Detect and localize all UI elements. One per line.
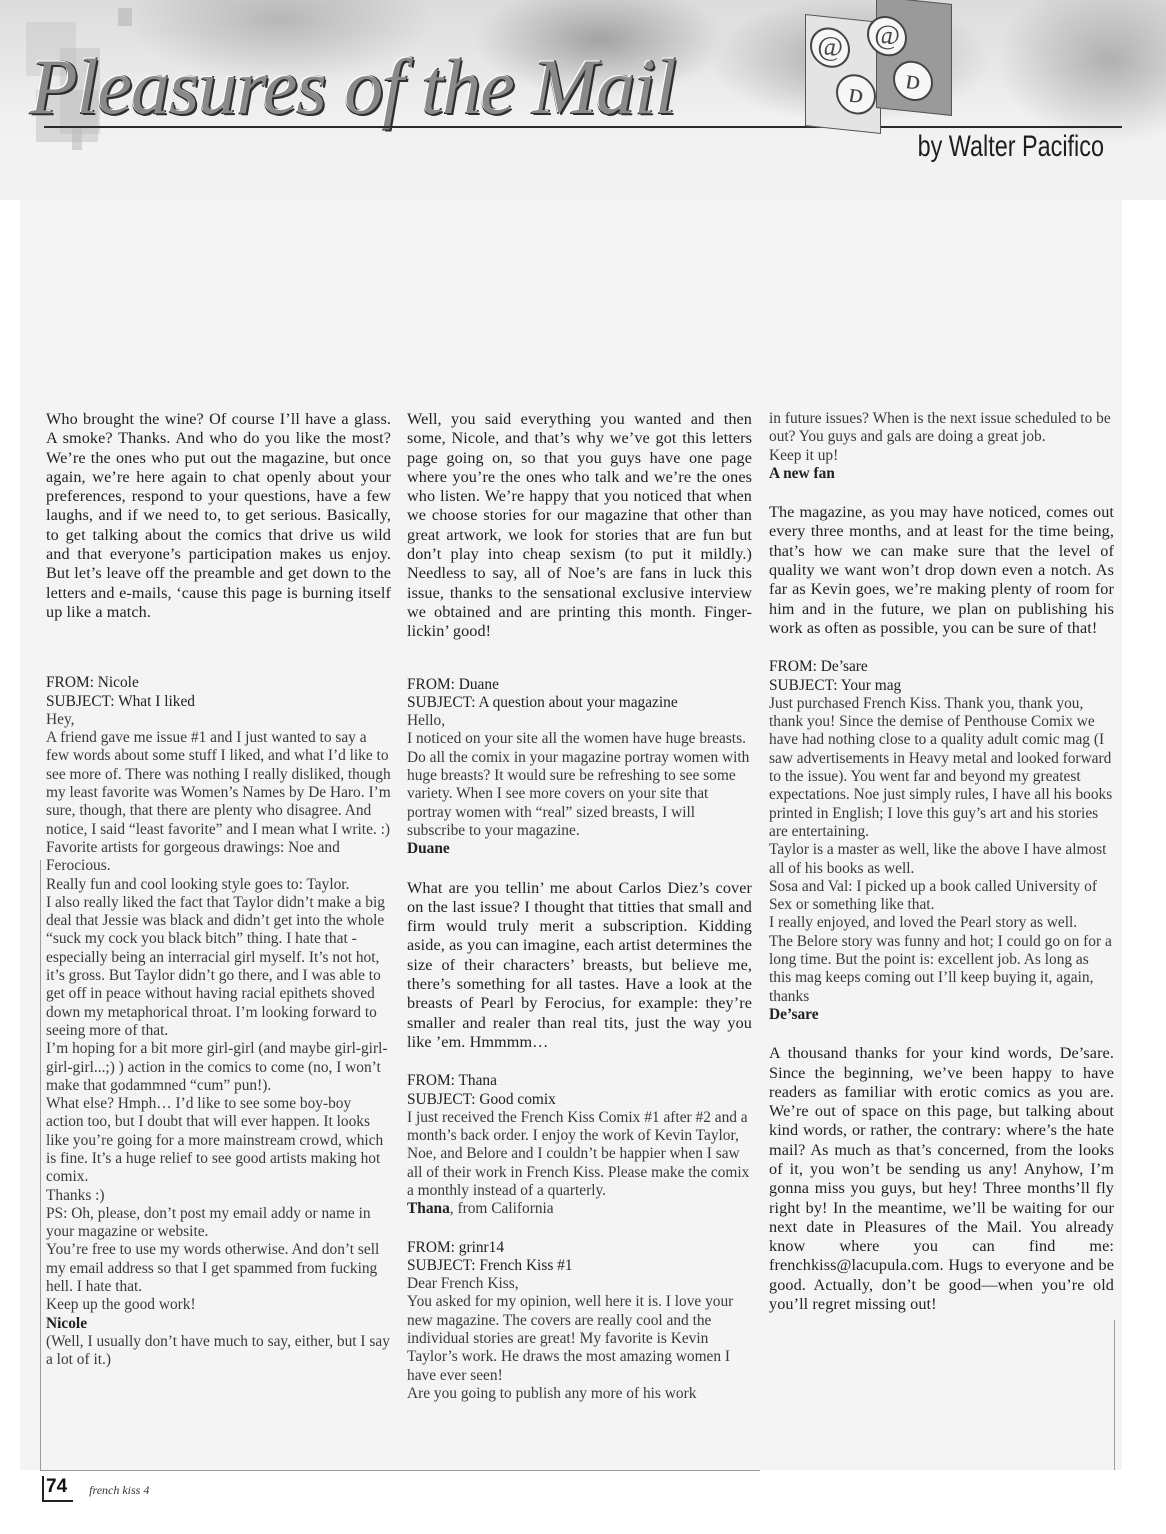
letter-from: FROM: De’sare xyxy=(769,658,1114,676)
letter-paragraph: I’m hoping for a bit more girl-girl (and… xyxy=(46,1040,391,1095)
letter-from: FROM: Duane xyxy=(407,676,752,694)
at-sign-panel-dark: @ ᴅ xyxy=(876,0,952,116)
letter-greeting: Dear French Kiss, xyxy=(407,1275,752,1293)
letter-postscript: (Well, I usually don’t have much to say,… xyxy=(46,1333,391,1370)
editorial-reply: What are you tellin’ me about Carlos Die… xyxy=(407,879,752,1053)
letter-greeting: Hey, xyxy=(46,711,391,729)
letter-paragraph: The Belore story was funny and hot; I co… xyxy=(769,933,1114,1006)
page-header: Pleasures of the Mail @ ᴅ @ ᴅ by Walter … xyxy=(0,0,1166,200)
letter-signature: A new fan xyxy=(769,465,1114,483)
editorial-closing: A thousand thanks for your kind words, D… xyxy=(769,1044,1114,1314)
letter-subject: SUBJECT: Your mag xyxy=(769,677,1114,695)
letter-signature: Nicole xyxy=(46,1315,391,1333)
column-border xyxy=(40,1470,760,1471)
letter-paragraph: You’re free to use my words otherwise. A… xyxy=(46,1241,391,1296)
letter-paragraph: I noticed on your site all the women hav… xyxy=(407,730,752,840)
column-1: Who brought the wine? Of course I’ll hav… xyxy=(46,410,391,1370)
letter-paragraph: I also really liked the fact that Taylor… xyxy=(46,894,391,1040)
letter-duane: FROM: Duane SUBJECT: A question about yo… xyxy=(407,676,752,859)
editorial-intro: Who brought the wine? Of course I’ll hav… xyxy=(46,410,391,622)
letter-paragraph: Keep up the good work! xyxy=(46,1296,391,1314)
letter-paragraph: I just received the French Kiss Comix #1… xyxy=(407,1109,752,1200)
page-number: 74 xyxy=(42,1476,73,1502)
column-border xyxy=(1114,1320,1115,1470)
letter-grinr14-continued: in future issues? When is the next issue… xyxy=(769,410,1114,483)
column-2: Well, you said everything you wanted and… xyxy=(407,410,752,1403)
letter-signature-location: , from California xyxy=(450,1200,554,1217)
letter-paragraph: You asked for my opinion, well here it i… xyxy=(407,1293,752,1384)
editorial-reply: The magazine, as you may have noticed, c… xyxy=(769,503,1114,638)
letter-paragraph: Thanks :) xyxy=(46,1187,391,1205)
letter-subject: SUBJECT: A question about your magazine xyxy=(407,694,752,712)
magazine-name: french kiss 4 xyxy=(89,1483,149,1502)
letter-paragraph: Favorite artists for gorgeous drawings: … xyxy=(46,839,391,876)
letter-from: FROM: Nicole xyxy=(46,674,391,692)
title-rule xyxy=(44,126,1122,128)
letter-signature: De’sare xyxy=(769,1006,1114,1024)
letter-paragraph: in future issues? When is the next issue… xyxy=(769,410,1114,447)
decorative-square xyxy=(118,8,132,26)
at-sign-icon: @ xyxy=(810,26,850,70)
letter-subject: SUBJECT: What I liked xyxy=(46,693,391,711)
column-3: in future issues? When is the next issue… xyxy=(769,410,1114,1314)
letter-thana: FROM: Thana SUBJECT: Good comix I just r… xyxy=(407,1072,752,1218)
letter-paragraph: Taylor is a master as well, like the abo… xyxy=(769,841,1114,878)
page-footer: 74 french kiss 4 xyxy=(42,1476,149,1502)
letter-grinr14: FROM: grinr14 SUBJECT: French Kiss #1 De… xyxy=(407,1239,752,1404)
letter-signature: Thana xyxy=(407,1200,450,1217)
column-border xyxy=(40,860,41,1470)
at-sign-icon: ᴅ xyxy=(893,59,933,103)
decorative-square xyxy=(72,128,82,150)
letter-paragraph: Keep it up! xyxy=(769,447,1114,465)
letter-nicole: FROM: Nicole SUBJECT: What I liked Hey, … xyxy=(46,674,391,1369)
at-sign-icon: ᴅ xyxy=(836,72,876,116)
editorial-reply: Well, you said everything you wanted and… xyxy=(407,410,752,642)
letter-from: FROM: grinr14 xyxy=(407,1239,752,1257)
letter-subject: SUBJECT: Good comix xyxy=(407,1091,752,1109)
letter-paragraph: I really enjoyed, and loved the Pearl st… xyxy=(769,914,1114,932)
letter-paragraph: A friend gave me issue #1 and I just wan… xyxy=(46,729,391,839)
letter-paragraph: What else? Hmph… I’d like to see some bo… xyxy=(46,1095,391,1186)
letter-paragraph: Are you going to publish any more of his… xyxy=(407,1385,752,1403)
letter-paragraph: Just purchased French Kiss. Thank you, t… xyxy=(769,695,1114,841)
letter-signature: Duane xyxy=(407,840,752,858)
letter-desare: FROM: De’sare SUBJECT: Your mag Just pur… xyxy=(769,658,1114,1024)
letter-paragraph: Sosa and Val: I picked up a book called … xyxy=(769,878,1114,915)
page-title: Pleasures of the Mail xyxy=(30,48,676,126)
letter-from: FROM: Thana xyxy=(407,1072,752,1090)
letter-greeting: Hello, xyxy=(407,712,752,730)
letter-paragraph: Really fun and cool looking style goes t… xyxy=(46,876,391,894)
letter-paragraph: PS: Oh, please, don’t post my email addy… xyxy=(46,1205,391,1242)
letter-subject: SUBJECT: French Kiss #1 xyxy=(407,1257,752,1275)
byline: by Walter Pacifico xyxy=(918,130,1104,164)
